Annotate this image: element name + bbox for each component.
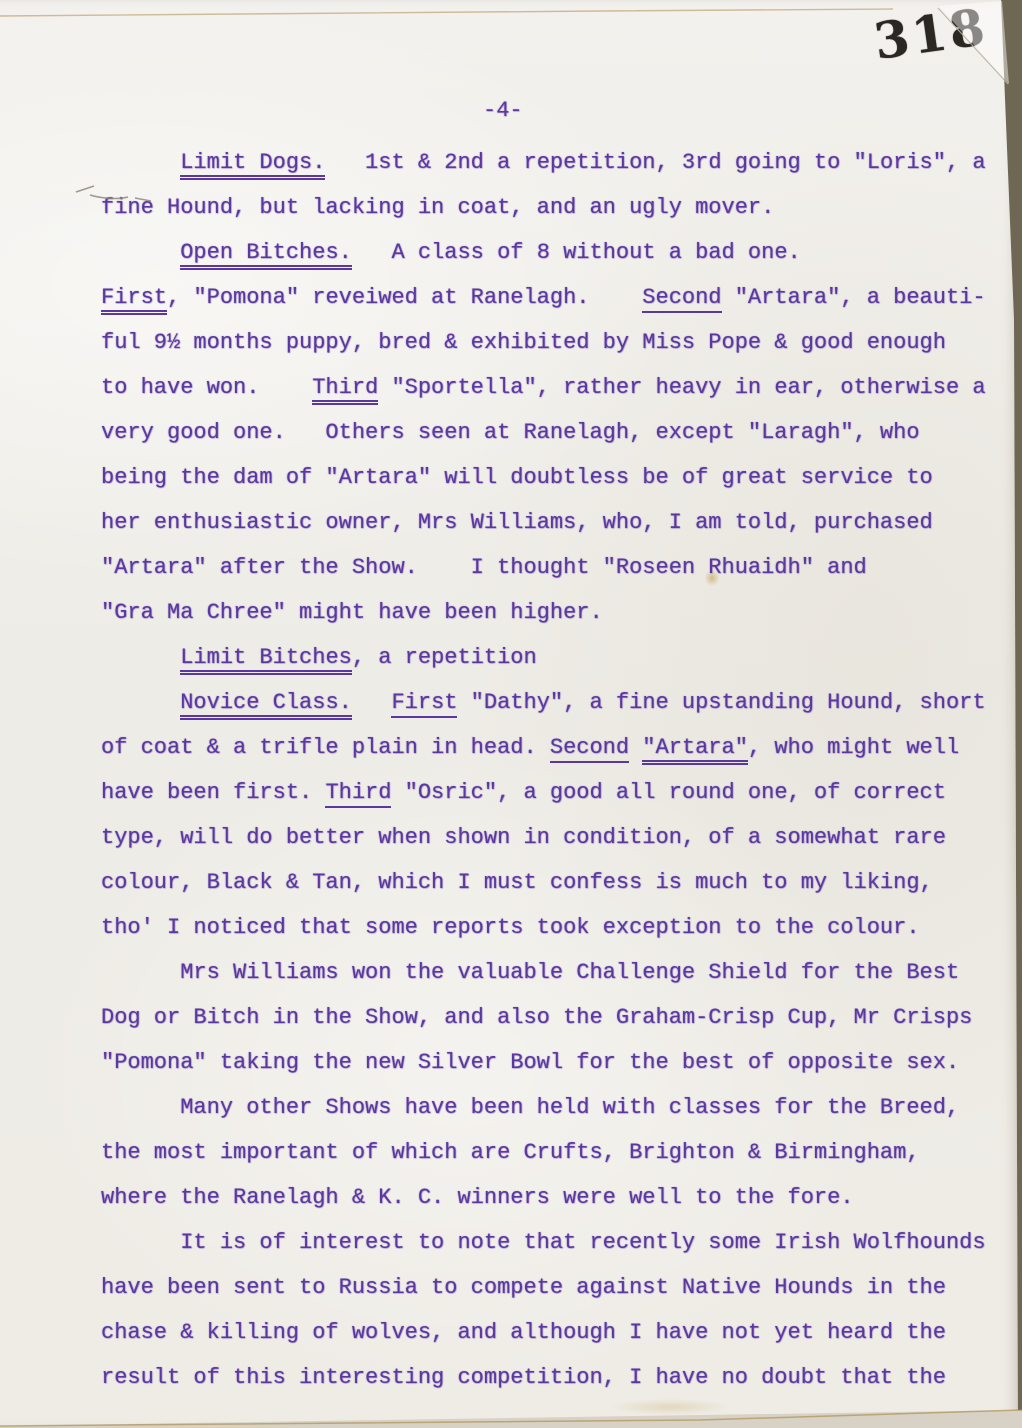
text-line: her enthusiastic owner, Mrs Williams, wh… <box>101 500 986 545</box>
text-line: "Artara" after the Show. I thought "Rose… <box>101 545 986 590</box>
text-line: where the Ranelagh & K. C. winners were … <box>101 1175 986 1220</box>
text-line: result of this interesting competition, … <box>101 1355 986 1400</box>
document-page: 318 -4- Limit Dogs. 1st & 2nd a repetiti… <box>0 0 1022 1428</box>
text-line: have been sent to Russia to compete agai… <box>101 1265 986 1310</box>
text-line: Many other Shows have been held with cla… <box>101 1085 986 1130</box>
text-line: to have won. Third "Sportella", rather h… <box>101 365 986 410</box>
text-line: First, "Pomona" reveiwed at Ranelagh. Se… <box>101 275 986 320</box>
text-line: Limit Dogs. 1st & 2nd a repetition, 3rd … <box>101 140 986 185</box>
text-line: fine Hound, but lacking in coat, and an … <box>101 185 986 230</box>
text-line: "Pomona" taking the new Silver Bowl for … <box>101 1040 986 1085</box>
text-line: the most important of which are Crufts, … <box>101 1130 986 1175</box>
text-line: "Gra Ma Chree" might have been higher. <box>101 590 986 635</box>
document-body: Limit Dogs. 1st & 2nd a repetition, 3rd … <box>101 140 986 1400</box>
text-line: Limit Bitches, a repetition <box>101 635 986 680</box>
text-line: Mrs Williams won the valuable Challenge … <box>101 950 986 995</box>
text-line: have been first. Third "Osric", a good a… <box>101 770 986 815</box>
text-line: Novice Class. First "Dathy", a fine upst… <box>101 680 986 725</box>
text-line: It is of interest to note that recently … <box>101 1220 986 1265</box>
text-line: colour, Black & Tan, which I must confes… <box>101 860 986 905</box>
text-line: ful 9½ months puppy, bred & exhibited by… <box>101 320 986 365</box>
text-line: very good one. Others seen at Ranelagh, … <box>101 410 986 455</box>
text-line: tho' I noticed that some reports took ex… <box>101 905 986 950</box>
text-line: Dog or Bitch in the Show, and also the G… <box>101 995 986 1040</box>
page-number: -4- <box>483 97 523 125</box>
text-line: Open Bitches. A class of 8 without a bad… <box>101 230 986 275</box>
text-line: of coat & a trifle plain in head. Second… <box>101 725 986 770</box>
text-line: type, will do better when shown in condi… <box>101 815 986 860</box>
text-line: being the dam of "Artara" will doubtless… <box>101 455 986 500</box>
text-line: chase & killing of wolves, and although … <box>101 1310 986 1355</box>
